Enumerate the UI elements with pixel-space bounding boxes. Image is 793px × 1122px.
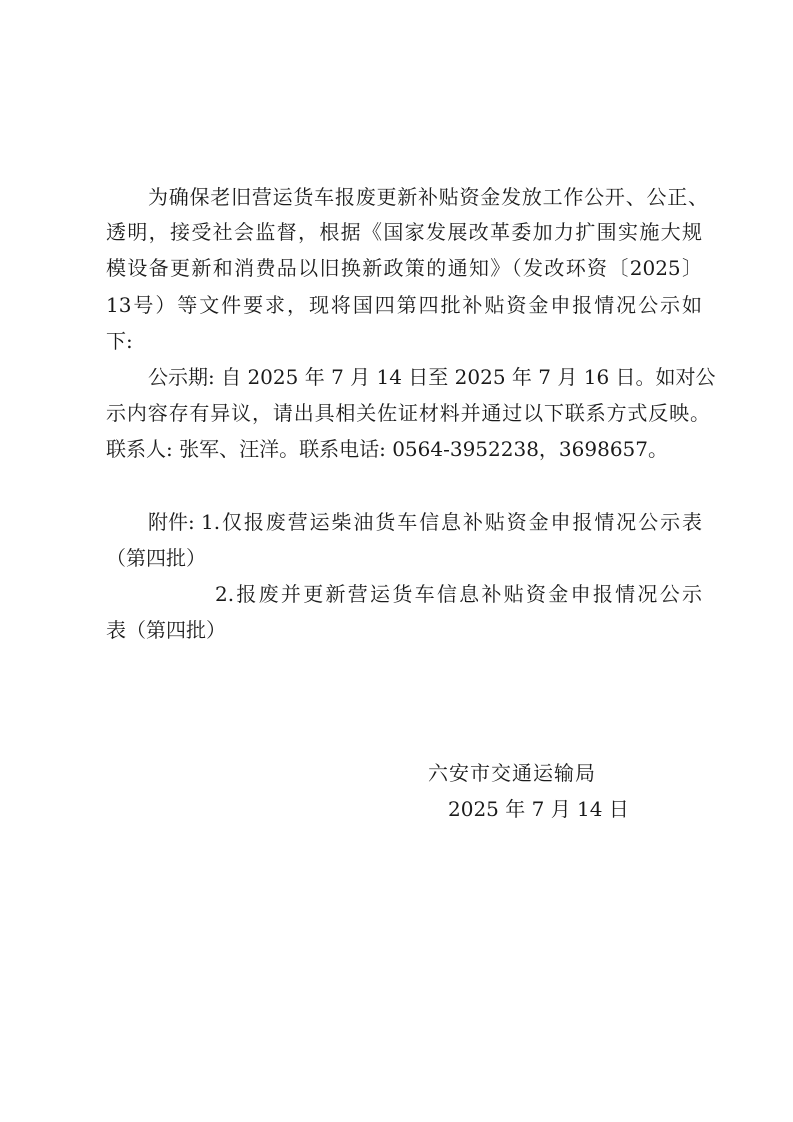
- text-line: 模设备更新和消费品以旧换新政策的通知》（发改环资〔2025〕: [106, 256, 702, 280]
- attachment-item-1-cont: （第四批）: [106, 546, 206, 570]
- text-line: 透明，接受社会监督，根据《国家发展改革委加力扩围实施大规: [106, 220, 702, 244]
- attachment-item-2-cont: 表（第四批）: [106, 618, 226, 642]
- issuer-name: 六安市交通运输局: [428, 761, 596, 785]
- publicity-period-line: 公示期: 自 2025 年 7 月 14 日至 2025 年 7 月 16 日。…: [148, 365, 702, 389]
- attachment-item-1: 1.仅报废营运柴油货车信息补贴资金申报情况公示表: [201, 510, 702, 534]
- contact-line: 联系人: 张军、汪洋。联系电话: 0564-3952238，3698657。: [106, 437, 666, 461]
- text-line: 为确保老旧营运货车报废更新补贴资金发放工作公开、公正、: [148, 185, 708, 209]
- text-line: 13号）等文件要求，现将国四第四批补贴资金申报情况公示如: [106, 293, 702, 317]
- attachment-item-2: 2.报废并更新营运货车信息补贴资金申报情况公示: [215, 582, 702, 606]
- issue-date: 2025 年 7 月 14 日: [448, 797, 629, 821]
- document-page: 为确保老旧营运货车报废更新补贴资金发放工作公开、公正、 透明，接受社会监督，根据…: [0, 0, 793, 1122]
- text-line: 下:: [106, 329, 133, 353]
- attachments-label: 附件:: [148, 510, 195, 534]
- text-line: 示内容存有异议，请出具相关佐证材料并通过以下联系方式反映。: [106, 401, 710, 425]
